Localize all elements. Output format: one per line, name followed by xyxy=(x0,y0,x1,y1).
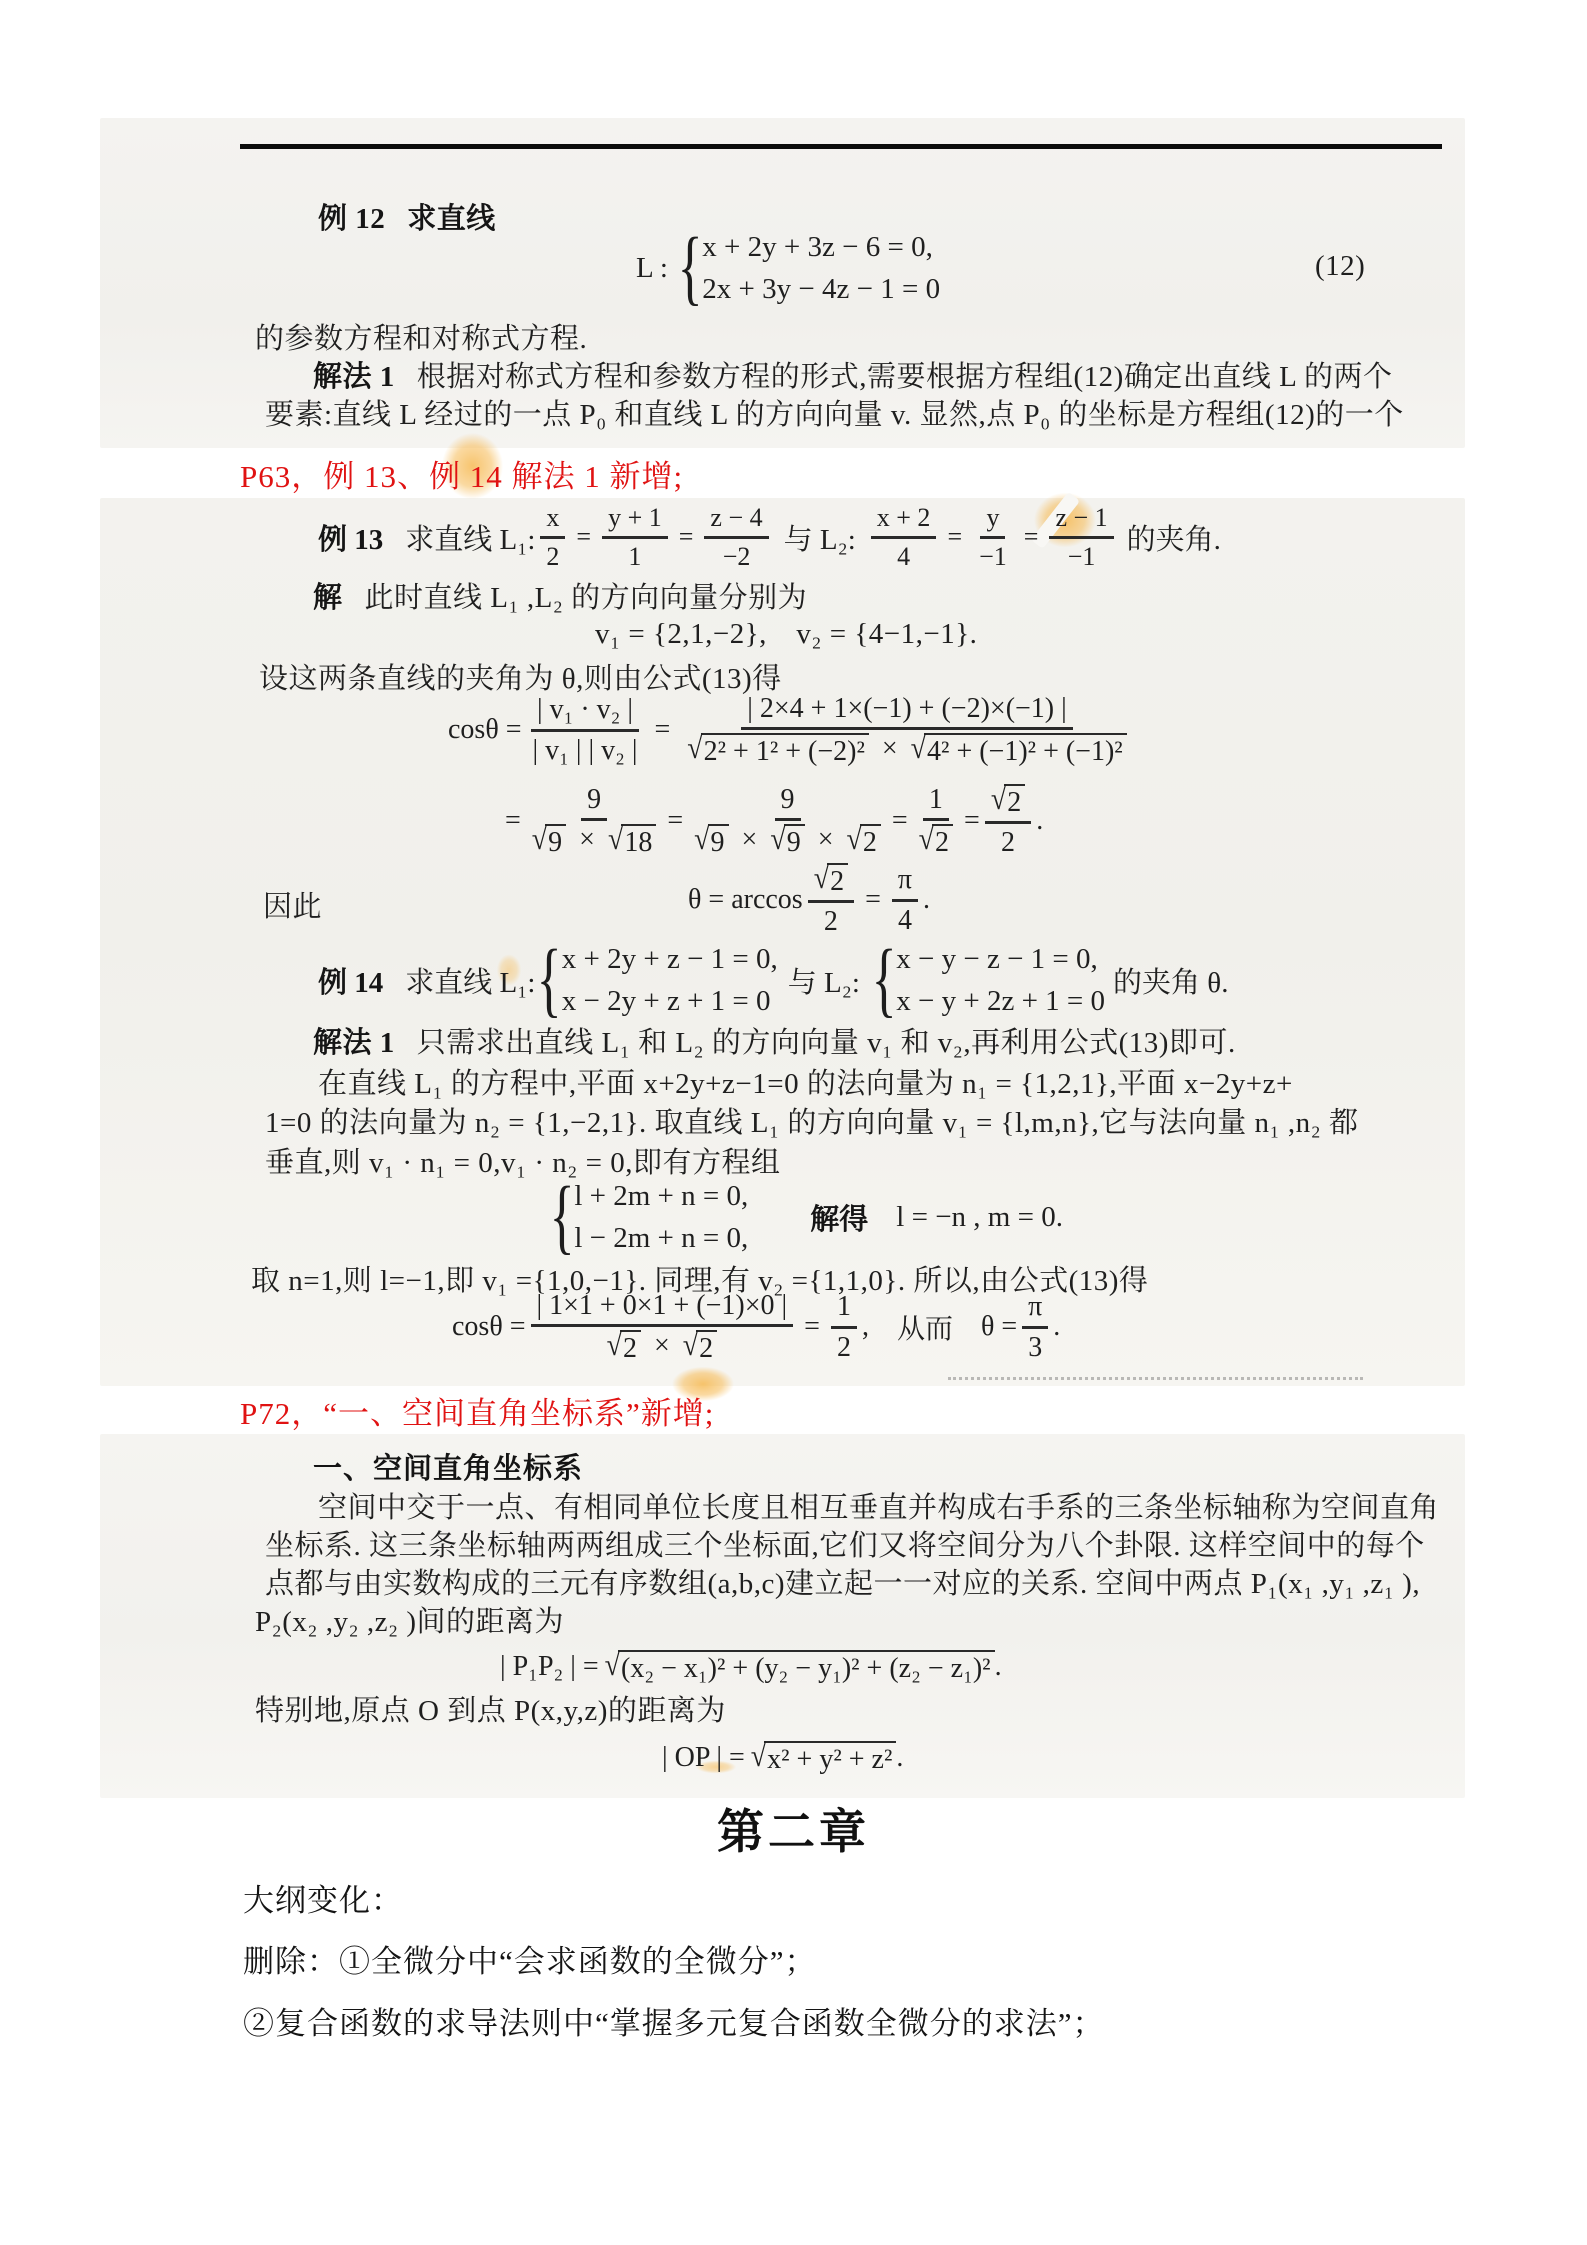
comma: , xyxy=(862,1311,869,1343)
numerator: 1 xyxy=(923,784,949,821)
fraction: √2 2 xyxy=(985,784,1031,859)
equals-sign: = xyxy=(804,1311,820,1343)
numerator: | 2×4 + 1×(−1) + (−2)×(−1) | xyxy=(741,693,1072,730)
fraction: x2 xyxy=(540,503,565,570)
example-14-label: 例 14 xyxy=(318,960,383,1001)
fraction: √2 2 xyxy=(808,863,854,938)
numerator: π xyxy=(1022,1291,1048,1328)
fraction: x + 24 xyxy=(871,503,937,570)
equation-12-tag: (12) xyxy=(1315,248,1365,284)
sqrt-expression: √2 xyxy=(846,824,880,858)
sqrt-icon: √ xyxy=(814,861,829,896)
radicand: (x₂ − x₁)² + (y₂ − y₁)² + (z₂ − z₁)² xyxy=(618,1650,995,1685)
solution-text: 此时直线 L₁ ,L₂ 的方向向量分别为 xyxy=(365,582,808,614)
theta-lhs: θ = xyxy=(981,1311,1017,1343)
formula-lhs: cosθ = xyxy=(452,1311,526,1343)
radicand: 9 xyxy=(545,824,566,858)
left-brace: { xyxy=(550,1182,575,1252)
radicand: 2 xyxy=(696,1330,717,1364)
fraction: y + 11 xyxy=(602,503,668,570)
example-14-tail: 的夹角 θ. xyxy=(1113,960,1228,1001)
numerator: x xyxy=(540,503,565,538)
fraction: z − 4−2 xyxy=(704,503,768,570)
fraction: π 4 xyxy=(892,864,918,936)
sqrt-expression: √9 xyxy=(770,824,804,858)
times-sign: × xyxy=(818,824,834,855)
example-12-title: 求直线 xyxy=(407,203,496,235)
sqrt-expression: √2 xyxy=(991,784,1025,818)
fraction: y−1 xyxy=(973,503,1013,570)
radicand: 9 xyxy=(708,824,729,858)
equals-sign: = xyxy=(865,884,881,916)
equals-sign: = xyxy=(947,522,962,552)
equals-sign: = xyxy=(505,805,521,837)
example-13-lead: 求直线 L₁: xyxy=(405,517,535,558)
sqrt-expression: √2² + 1² + (−2)² xyxy=(687,733,869,767)
denominator: 4 xyxy=(891,539,916,571)
sqrt-icon: √ xyxy=(911,731,926,766)
example-13-solution-line: 解此时直线 L₁ ,L₂ 的方向向量分别为 xyxy=(313,580,807,616)
radicand: 2 xyxy=(1004,784,1025,818)
numerator: z − 1 xyxy=(1049,503,1113,538)
example-14-paragraph-line2: 1=0 的法向量为 n₂ = {1,−2,1}. 取直线 L₁ 的方向向量 v₁… xyxy=(265,1105,1358,1141)
denominator: 1 xyxy=(622,539,647,571)
example-14-mid: 与 L₂: xyxy=(788,960,860,1001)
sqrt-icon: √ xyxy=(751,1739,766,1775)
period: . xyxy=(1053,1311,1060,1343)
cos-theta-formula-2: = 9 √9 × √18 = 9 √9 × √9 × √2 = 1 √2 = √… xyxy=(505,787,1043,855)
sqrt-expression: √2 xyxy=(814,863,848,897)
sqrt-icon: √ xyxy=(687,731,702,766)
equation-system: { l + 2m + n = 0, l − 2m + n = 0, xyxy=(548,1180,748,1255)
sqrt-icon: √ xyxy=(607,1328,622,1363)
period: . xyxy=(995,1651,1002,1683)
sqrt-expression: √x² + y² + z² xyxy=(751,1741,897,1776)
sqrt-icon: √ xyxy=(605,1648,620,1684)
example-14-paragraph-line3: 垂直,则 v₁ · n₁ = 0,v₁ · n₂ = 0,即有方程组 xyxy=(265,1145,780,1181)
times-sign: × xyxy=(654,1330,670,1361)
red-note-p72: P72，“一、空间直角坐标系”新增; xyxy=(240,1395,714,1433)
equals-sign: = xyxy=(667,805,683,837)
denominator: 2 xyxy=(831,1329,857,1363)
system-equations: l + 2m + n = 0, l − 2m + n = 0, xyxy=(574,1180,748,1255)
example-14-heading: 例 14 求直线 L₁: { x + 2y + z − 1 = 0, x − 2… xyxy=(318,945,1228,1015)
equation-line: x + 2y + z − 1 = 0, xyxy=(562,943,778,976)
denominator: −1 xyxy=(973,539,1013,571)
denominator: √2² + 1² + (−2)² × √4² + (−1)² + (−1)² xyxy=(681,730,1132,767)
fraction: 9 √9 × √9 × √2 xyxy=(688,784,887,859)
example-12-heading: 例 12求直线 xyxy=(318,201,496,237)
denominator: √2 × √2 xyxy=(601,1327,724,1364)
denominator: √9 × √9 × √2 xyxy=(688,821,887,858)
sqrt-icon: √ xyxy=(846,822,861,857)
sqrt-icon: √ xyxy=(694,822,709,857)
therefore-label: 因此 xyxy=(263,889,322,925)
equation-system: { x − y − z − 1 = 0, x − y + 2z + 1 = 0 xyxy=(870,943,1105,1018)
equals-sign: = xyxy=(964,805,980,837)
denominator: 4 xyxy=(892,902,918,936)
equation-system: { x + 2y + 3z − 6 = 0, 2x + 3y − 4z − 1 … xyxy=(676,231,940,306)
radicand: 2 xyxy=(620,1330,641,1364)
sqrt-expression: √4² + (−1)² + (−1)² xyxy=(911,733,1127,767)
numerator: 1 xyxy=(831,1291,857,1328)
fraction: 9 √9 × √18 xyxy=(526,784,663,859)
example-12-label: 例 12 xyxy=(318,203,385,235)
denominator: √2 xyxy=(913,821,959,858)
solve-result: l = −n , m = 0. xyxy=(896,1201,1063,1234)
example-14-solution-intro: 解法 1只需求出直线 L₁ 和 L₂ 的方向向量 v₁ 和 v₂,再利用公式(1… xyxy=(313,1025,1236,1061)
example-13-mid: 与 L₂: xyxy=(784,517,856,558)
sqrt-expression: √9 xyxy=(532,824,566,858)
numerator: y + 1 xyxy=(602,503,668,538)
system-lhs: L : xyxy=(636,252,668,285)
example-14-paragraph-line1: 在直线 L₁ 的方程中,平面 x+2y+z−1=0 的法向量为 n₁ = {1,… xyxy=(318,1066,1293,1102)
radicand: x² + y² + z² xyxy=(764,1741,896,1776)
denominator: 2 xyxy=(995,824,1021,858)
example-12-after-text: 的参数方程和对称式方程. xyxy=(255,321,587,357)
sqrt-expression: √2 xyxy=(919,824,953,858)
angle-setup-line: 设这两条直线的夹角为 θ,则由公式(13)得 xyxy=(259,661,782,697)
equals-sign: = xyxy=(892,805,908,837)
equals-sign: = xyxy=(654,714,670,746)
fraction: z − 1−1 xyxy=(1049,503,1113,570)
equation-line: 2x + 3y − 4z − 1 = 0 xyxy=(702,273,940,306)
denominator: 3 xyxy=(1022,1329,1048,1363)
radicand: 4² + (−1)² + (−1)² xyxy=(924,733,1127,767)
sqrt-icon: √ xyxy=(608,822,623,857)
radicand: 2 xyxy=(860,824,881,858)
denominator: 2 xyxy=(540,539,565,571)
origin-distance-formula: | OP | = √x² + y² + z² . xyxy=(662,1735,903,1781)
times-sign: × xyxy=(579,824,595,855)
numerator: | 1×1 + 0×1 + (−1)×0 | xyxy=(531,1290,794,1327)
denominator: −2 xyxy=(717,539,757,571)
sqrt-icon: √ xyxy=(683,1328,698,1363)
numerator: √2 xyxy=(808,863,854,903)
syllabus-changes-label: 大纲变化： xyxy=(243,1875,403,1920)
equation-system: { x + 2y + z − 1 = 0, x − 2y + z + 1 = 0 xyxy=(535,943,777,1018)
equation-line: x − 2y + z + 1 = 0 xyxy=(562,985,778,1018)
section-paragraph-line1: 空间中交于一点、有相同单位长度且相互垂直并构成右手系的三条坐标轴称为空间直角 xyxy=(318,1490,1439,1526)
section-paragraph-line2: 坐标系. 这三条坐标轴两两组成三个坐标面,它们又将空间分为八个卦限. 这样空间中… xyxy=(265,1528,1425,1564)
sqrt-expression: √2 xyxy=(607,1330,641,1364)
sqrt-expression: √2 xyxy=(683,1330,717,1364)
example-13-heading: 例 13 求直线 L₁: x2 = y + 11 = z − 4−2 与 L₂:… xyxy=(318,506,1221,568)
left-brace: { xyxy=(537,945,562,1015)
formula-lhs: θ = arccos xyxy=(688,884,803,916)
deleted-item-2: ②复合函数的求导法则中“掌握多元复合函数全微分的求法”； xyxy=(243,1998,1105,2043)
document-page: { "sym": { "sqrt": "√", "times": "×", "e… xyxy=(0,0,1587,2245)
section-heading: 一、空间直角坐标系 xyxy=(313,1446,583,1487)
solve-label: 解得 xyxy=(810,1197,868,1238)
formula-lhs: | OP | = xyxy=(662,1742,745,1774)
cos-theta-formula-1: cosθ = | v₁ · v₂ | | v₁ | | v₂ | = | 2×4… xyxy=(448,693,1138,767)
sqrt-icon: √ xyxy=(770,822,785,857)
section-paragraph-line4: P₂(x₂ ,y₂ ,z₂ )间的距离为 xyxy=(255,1604,564,1640)
sqrt-icon: √ xyxy=(532,822,547,857)
equals-sign: = xyxy=(576,522,591,552)
equation-line: x + 2y + 3z − 6 = 0, xyxy=(702,231,940,264)
distance-formula: | P₁P₂ | = √(x₂ − x₁)² + (y₂ − y₁)² + (z… xyxy=(500,1644,1002,1690)
equals-sign: = xyxy=(1024,522,1039,552)
solution-1-label: 解法 1 xyxy=(313,361,395,393)
denominator: √9 × √18 xyxy=(526,821,663,858)
denominator: 2 xyxy=(818,903,844,937)
cos-theta-formula-3: cosθ = | 1×1 + 0×1 + (−1)×0 | √2 × √2 = … xyxy=(452,1294,1060,1360)
equation-line: l − 2m + n = 0, xyxy=(574,1222,748,1255)
numerator: z − 4 xyxy=(704,503,768,538)
theta-result-formula: θ = arccos √2 2 = π 4 . xyxy=(688,871,930,929)
equals-sign: = xyxy=(679,522,694,552)
numerator: √2 xyxy=(985,784,1031,824)
numerator: | v₁ · v₂ | xyxy=(531,694,639,731)
radicand: 2 xyxy=(932,824,953,858)
hence-label: 从而 xyxy=(897,1307,953,1347)
solution-1-label: 解法 1 xyxy=(313,1027,395,1059)
section-paragraph-line3: 点都与由实数构成的三元有序数组(a,b,c)建立起一一对应的关系. 空间中两点 … xyxy=(265,1566,1420,1602)
numerator: y xyxy=(980,503,1005,538)
fraction: 1 2 xyxy=(831,1291,857,1363)
sqrt-expression: √9 xyxy=(694,824,728,858)
system-equations: x + 2y + 3z − 6 = 0, 2x + 3y − 4z − 1 = … xyxy=(702,231,940,306)
equation-12-system: L : { x + 2y + 3z − 6 = 0, 2x + 3y − 4z … xyxy=(636,230,940,306)
equation-line: x − y − z − 1 = 0, xyxy=(896,943,1105,976)
numerator: 9 xyxy=(775,784,801,821)
example-12-solution-line1: 解法 1根据对称式方程和参数方程的形式,需要根据方程组(12)确定出直线 L 的… xyxy=(313,359,1392,395)
sqrt-expression: √(x₂ − x₁)² + (y₂ − y₁)² + (z₂ − z₁)² xyxy=(605,1650,995,1685)
sqrt-icon: √ xyxy=(991,782,1006,817)
formula-lhs: | P₁P₂ | = xyxy=(500,1651,599,1683)
equation-line: l + 2m + n = 0, xyxy=(574,1180,748,1213)
sqrt-icon: √ xyxy=(919,822,934,857)
radicand: 2² + 1² + (−2)² xyxy=(701,733,869,767)
numerator: 9 xyxy=(581,784,607,821)
red-note-p63: P63，例 13、例 14 解法 1 新增; xyxy=(240,458,683,496)
system-equations: x + 2y + z − 1 = 0, x − 2y + z + 1 = 0 xyxy=(562,943,778,1018)
fraction: π 3 xyxy=(1022,1291,1048,1363)
period: . xyxy=(1036,805,1043,837)
fraction: 1 √2 xyxy=(913,784,959,859)
solution-text: 根据对称式方程和参数方程的形式,需要根据方程组(12)确定出直线 L 的两个 xyxy=(417,361,1393,393)
fraction: | 1×1 + 0×1 + (−1)×0 | √2 × √2 xyxy=(531,1290,794,1365)
example-13-tail: 的夹角. xyxy=(1127,517,1221,558)
radicand: 18 xyxy=(621,824,656,858)
numerator: x + 2 xyxy=(871,503,937,538)
radicand: 2 xyxy=(827,863,848,897)
period: . xyxy=(896,1742,903,1774)
times-sign: × xyxy=(882,733,898,764)
solution-label: 解 xyxy=(313,582,343,614)
denominator: −1 xyxy=(1062,539,1102,571)
solution-text: 只需求出直线 L₁ 和 L₂ 的方向向量 v₁ 和 v₂,再利用公式(13)即可… xyxy=(417,1027,1236,1059)
numerator: π xyxy=(892,864,918,901)
page-top-rule xyxy=(240,144,1442,149)
left-brace: { xyxy=(678,233,703,303)
radicand: 9 xyxy=(784,824,805,858)
example-12-solution-line2: 要素:直线 L 经过的一点 P₀ 和直线 L 的方向向量 v. 显然,点 P₀ … xyxy=(265,397,1404,433)
example-14-lead: 求直线 L₁: xyxy=(405,960,535,1001)
period: . xyxy=(923,884,930,916)
deleted-item-1: 删除：①全微分中“会求函数的全微分”； xyxy=(243,1936,817,1981)
fraction: | v₁ · v₂ | | v₁ | | v₂ | xyxy=(527,694,644,766)
left-brace: { xyxy=(872,945,897,1015)
linear-system-solve: { l + 2m + n = 0, l − 2m + n = 0, 解得 l =… xyxy=(548,1184,1063,1250)
denominator: | v₁ | | v₂ | xyxy=(527,732,644,766)
formula-lhs: cosθ = xyxy=(448,714,522,746)
direction-vectors: v₁ = {2,1,−2}, v₂ = {4−1,−1}. xyxy=(595,616,977,652)
system-equations: x − y − z − 1 = 0, x − y + 2z + 1 = 0 xyxy=(896,943,1105,1018)
equation-line: x − y + 2z + 1 = 0 xyxy=(896,985,1105,1018)
times-sign: × xyxy=(742,824,758,855)
chapter-2-title: 第二章 xyxy=(0,1795,1587,1862)
fraction: | 2×4 + 1×(−1) + (−2)×(−1) | √2² + 1² + … xyxy=(681,693,1132,768)
scan-artifact-dots xyxy=(948,1377,1363,1380)
example-13-label: 例 13 xyxy=(318,517,383,558)
origin-distance-intro: 特别地,原点 O 到点 P(x,y,z)的距离为 xyxy=(255,1693,726,1729)
sqrt-expression: √18 xyxy=(608,824,656,858)
